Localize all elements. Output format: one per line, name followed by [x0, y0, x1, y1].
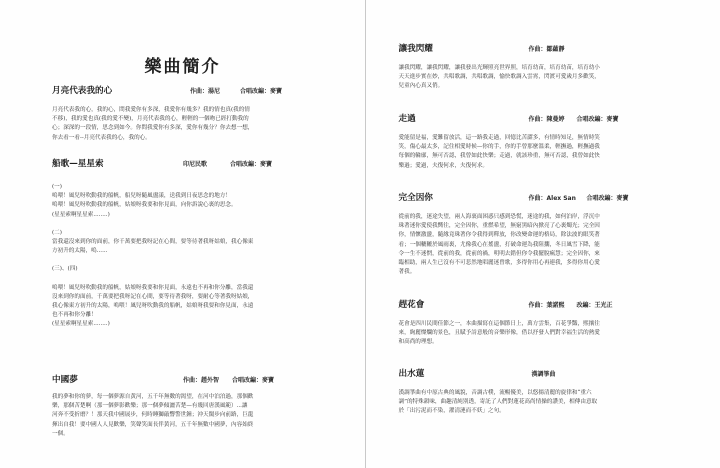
description-line: 調”的特殊韻味，曲趣清純別透，寄託了人們對蓮花高尚情操的讚美，相傳由意取	[399, 398, 684, 407]
lyric-line: 也不再和你分離！	[52, 311, 337, 320]
song-title: 出水蓮	[399, 367, 425, 379]
lyric-line: 嗚喂！風兒呀吹動我的船帆，姑娘呀我要和你見面，永遠也不再和你分離，當我還	[52, 284, 337, 293]
song-title: 讓我閃耀	[399, 42, 433, 54]
song-arranger: 合唱改編：麥寶	[232, 375, 274, 384]
song-description: 月亮代表我的心，我的心，問我愛你有多深，我愛你有幾多？我的情也真(我的情 不移)…	[52, 106, 337, 143]
lyric-line: 我心像東方初升的太陽，嗚喂！風兒呀吹動我的船帆，姑娘呀我要和你見面，永遠	[52, 302, 337, 311]
song-entry: 完全因你 作曲：Alex San 合唱改編：麥寶 從前的我，迷途失望，兩人海裏面…	[399, 191, 684, 277]
song-entry: 趕花會 作曲：葉諾熙 改編：王光正 花會是四川民間佳節之一，本曲描寫在這個節日上…	[399, 298, 684, 348]
description-line: 心；深深的一段情，思念到如今。你問我愛你有多深，愛你有幾分？你去想一想，	[52, 124, 337, 133]
song-description: 漢調箏曲有中原古典的風貌，音調古樸，流暢優美，以悠揚清麗的旋律和“重六 調”的特…	[399, 389, 684, 417]
verse-label: (二)	[52, 229, 337, 238]
song-arranger: 改編：王光正	[577, 300, 613, 309]
description-line: 每個的輪廓，無可否認，我曾如此快樂；走過，就該珍重，無可否認，我曾如此快	[399, 152, 684, 161]
song-description: 讓我閃耀，讓我閃耀，讓我發出光輝照亮世界照，培育幼苗，培育幼苗，培育幼小 天天進…	[399, 64, 684, 92]
song-entry: 讓我閃耀 作曲：鄒蘊靜 讓我閃耀，讓我閃耀，讓我發出光輝照亮世界照，培育幼苗，培…	[399, 42, 684, 92]
verse-label: (三)、(四)	[52, 265, 337, 274]
description-line: 讓我閃耀，讓我閃耀，讓我發出光輝照亮世界照，培育幼苗，培育幼苗，培育幼小	[399, 64, 684, 73]
song-entry: 走過 作曲：陳曼婷 合唱改編：麥寶 愛能留是福，愛難留放活，這一路我走過，回憶比…	[399, 112, 684, 171]
song-description: 從前的我，迷途失望，兩人海裏面困惑只感到恐慌，迷途的我，如何泊岸，浮沉中 珠著迷…	[399, 213, 684, 277]
song-composer: 作曲：鄒蘊靜	[529, 44, 565, 53]
song-arranger: 合唱改編：麥寶	[230, 159, 272, 168]
song-entry: 中國夢 作曲：趙外智 合唱改編：麥寶 我的夢和你的夢，每一個夢源自黃河，五千年無…	[52, 373, 337, 439]
description-line: 花會是四川民間佳節之一，本曲描寫在這個節日上，萬方雲集，百花爭豔，熙攘往	[399, 320, 684, 329]
page-title: 樂曲簡介	[0, 52, 365, 77]
song-description: (一) 嗚喂！風兒呀吹動我的船帆，船兒呀隨風盪漾，送我到日夜思念的地方！ 嗚喂！…	[52, 183, 337, 330]
song-composer: 作曲：葉諾熙	[529, 300, 565, 309]
song-entry: 月亮代表我的心 作曲：湯尼 合唱改編：麥寶 月亮代表我的心，我的心，問我愛你有多…	[52, 84, 337, 143]
song-origin: 漢調箏曲	[532, 369, 556, 378]
lyric-line: 當我還沒來到你的面前，你千萬要把我呀記在心間，要等待著我呀姑娘，我心像東	[52, 238, 337, 247]
lyric-line: 嗚喂！風兒呀吹動我的船帆，船兒呀隨風盪漾，送我到日夜思念的地方！	[52, 192, 337, 201]
description-line: 樂，那個苦楚啊（那一個夢影歡樂；那一個夢傾灑苦楚—有幾回唐漢風範）...讓	[52, 402, 337, 411]
description-line: 你去看一看--月亮代表我的心，我的心。	[52, 134, 337, 143]
verse-label: (一)	[52, 183, 337, 192]
description-line: 於「出污泥而不染，濯清漣而不妖」之句。	[399, 407, 684, 416]
description-line: 樂過；愛過，夫復何求，夫復何求。	[399, 162, 684, 171]
song-title: 月亮代表我的心	[52, 84, 112, 96]
song-description: 花會是四川民間佳節之一，本曲描寫在這個節日上，萬方雲集，百花爭豔，熙攘往 來，絢…	[399, 320, 684, 348]
lyric-line: (星星索啊星星索........)	[52, 211, 337, 220]
song-composer: 作曲：Alex San	[529, 193, 576, 202]
lyric-line: 嗚喂！風兒呀吹動我的船帆，姑娘呀我要和你見面，向你訴說心裏的思念。	[52, 201, 337, 210]
description-line: 珠著迷你愛使我嚮往，完全因你，重燃希望，無窮黑暗內掀亮了心裏燭光；完全因	[399, 222, 684, 231]
lyric-line: 方初升的太陽，嗚......	[52, 247, 337, 256]
description-line: 兒童內心真又俏。	[399, 82, 684, 91]
right-page: 讓我閃耀 作曲：鄒蘊靜 讓我閃耀，讓我閃耀，讓我發出光輝照亮世界照，培育幼苗，培…	[365, 0, 720, 468]
description-line: 揮出自我！要中國人人見歡樂，笑聲笑面長伴黃河，五千年無數中國夢，內容始終	[52, 421, 337, 430]
song-title: 船歌—星星索	[52, 157, 104, 169]
description-line: 我的夢和你的夢，每一個夢源自黃河，五千年無數的渴望，在河中泊泊過，那個歡	[52, 393, 337, 402]
description-line: 著我。	[399, 268, 684, 277]
description-line: 臨相助，兩人生已沒有不可悲然地唱麗迷曾歌，多得你用心再連我，多得你用心愛	[399, 259, 684, 268]
song-entry: 出水蓮 漢調箏曲 漢調箏曲有中原古典的風貌，音調古樸，流暢優美，以悠揚清麗的旋律…	[399, 367, 684, 417]
song-composer: 作曲：趙外智	[183, 375, 219, 384]
song-arranger: 合唱改編：麥寶	[587, 193, 629, 202]
song-title: 走過	[399, 112, 416, 124]
description-line: 不移)，我的愛也真(我的愛不變)，月亮代表我的心，輕輕的一個吻已經打動我的	[52, 115, 337, 124]
left-page: 樂曲簡介 月亮代表我的心 作曲：湯尼 合唱改編：麥寶 月亮代表我的心，我的心，問…	[0, 0, 365, 468]
lyric-line: (星星索啊星星索........)	[52, 320, 337, 329]
description-line: 和高尚的理想。	[399, 338, 684, 347]
song-arranger: 合唱改編：麥寶	[240, 86, 282, 95]
description-line: 從前的我，迷途失望，兩人海裏面困惑只感到恐慌，迷途的我，如何泊岸，浮沉中	[399, 213, 684, 222]
description-line: 天天進步實在妙，共唱歌調，共唱歌調，愉快歌調入雲霄，閃渡可愛歲月多歡笑，	[399, 73, 684, 82]
song-composer: 作曲：陳曼婷	[529, 114, 565, 123]
description-line: 漢調箏曲有中原古典的風貌，音調古樸，流暢優美，以悠揚清麗的旋律和“重六	[399, 389, 684, 398]
song-description: 愛能留是福，愛難留放活，這一路我走過，回憶比苦澀多，有情時知足，無情時笑 笑，傷…	[399, 134, 684, 171]
booklet-spread: 樂曲簡介 月亮代表我的心 作曲：湯尼 合唱改編：麥寶 月亮代表我的心，我的心，問…	[0, 0, 720, 468]
description-line: 看；一個轆轆於風雨裏，尤像我心在搖盪，打破命運為我阻擱，冬日風雪下降，能	[399, 241, 684, 250]
song-composer: 印尼民歌	[183, 159, 207, 168]
song-entry: 船歌—星星索 印尼民歌 合唱改編：麥寶 (一) 嗚喂！風兒呀吹動我的船帆，船兒呀…	[52, 157, 337, 330]
description-line: 來，絢麗燦爛的景色，且賦予詩意般的音樂形像，借以抒發人們對幸福生活的熱愛	[399, 329, 684, 338]
lyric-line: 沒來到你的面前，千萬要把我呀記在心間，要等待著我呀，要耐心等著我呀姑娘，	[52, 293, 337, 302]
description-line: 月亮代表我的心，我的心，問我愛你有多深，我愛你有幾多？我的情也真(我的情	[52, 106, 337, 115]
description-line: 一個。	[52, 430, 337, 439]
song-title: 趕花會	[399, 298, 425, 310]
description-line: 河奔不受折磨？！那天我中國展步，何時睡獅敲響警世鐘；沖天闊步向前路，巨龍	[52, 411, 337, 420]
song-title: 中國夢	[52, 373, 78, 385]
song-title: 完全因你	[399, 191, 433, 203]
description-line: 令一生不迷惘，從前的我，從前的禍，明明去錯但你令我擺脫瘋慧；完全因你，來	[399, 250, 684, 259]
description-line: 愛能留是福，愛難留放活，這一路我走過，回憶比苦澀多，有情時知足，無情時笑	[399, 134, 684, 143]
song-arranger: 合唱改編：麥寶	[577, 114, 619, 123]
song-composer: 作曲：湯尼	[190, 86, 220, 95]
song-description: 我的夢和你的夢，每一個夢源自黃河，五千年無數的渴望，在河中泊泊過，那個歡 樂，那…	[52, 393, 337, 439]
description-line: 你，情懷激盪，隨緣竟珠著你令我得到釋放，你改變命運的格局，除法波的眼笑著	[399, 231, 684, 240]
description-line: 笑，傷心最太多，記住相愛時候—你的手，你的手曾那麼溫柔，輕撫過，輕撫過我	[399, 143, 684, 152]
